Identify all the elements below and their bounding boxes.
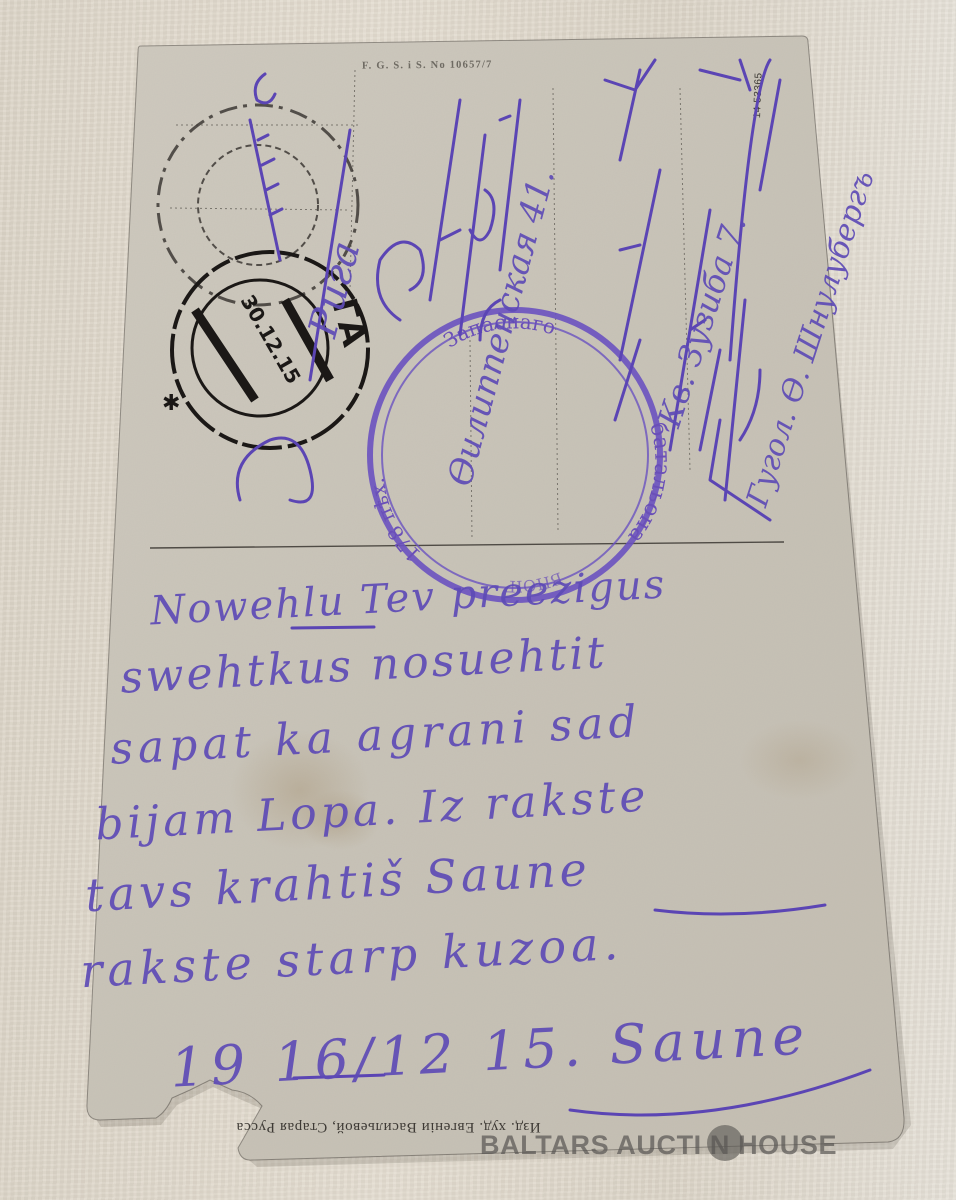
- photo-scene: F. G. S. i S. No 10657/7 14 53365 30.12.…: [0, 0, 956, 1200]
- serial-number: 14 53365: [752, 72, 765, 118]
- watermark: BALTARS AUCTI N HOUSE: [480, 1130, 837, 1161]
- printed-header: F. G. S. i S. No 10657/7: [362, 59, 493, 71]
